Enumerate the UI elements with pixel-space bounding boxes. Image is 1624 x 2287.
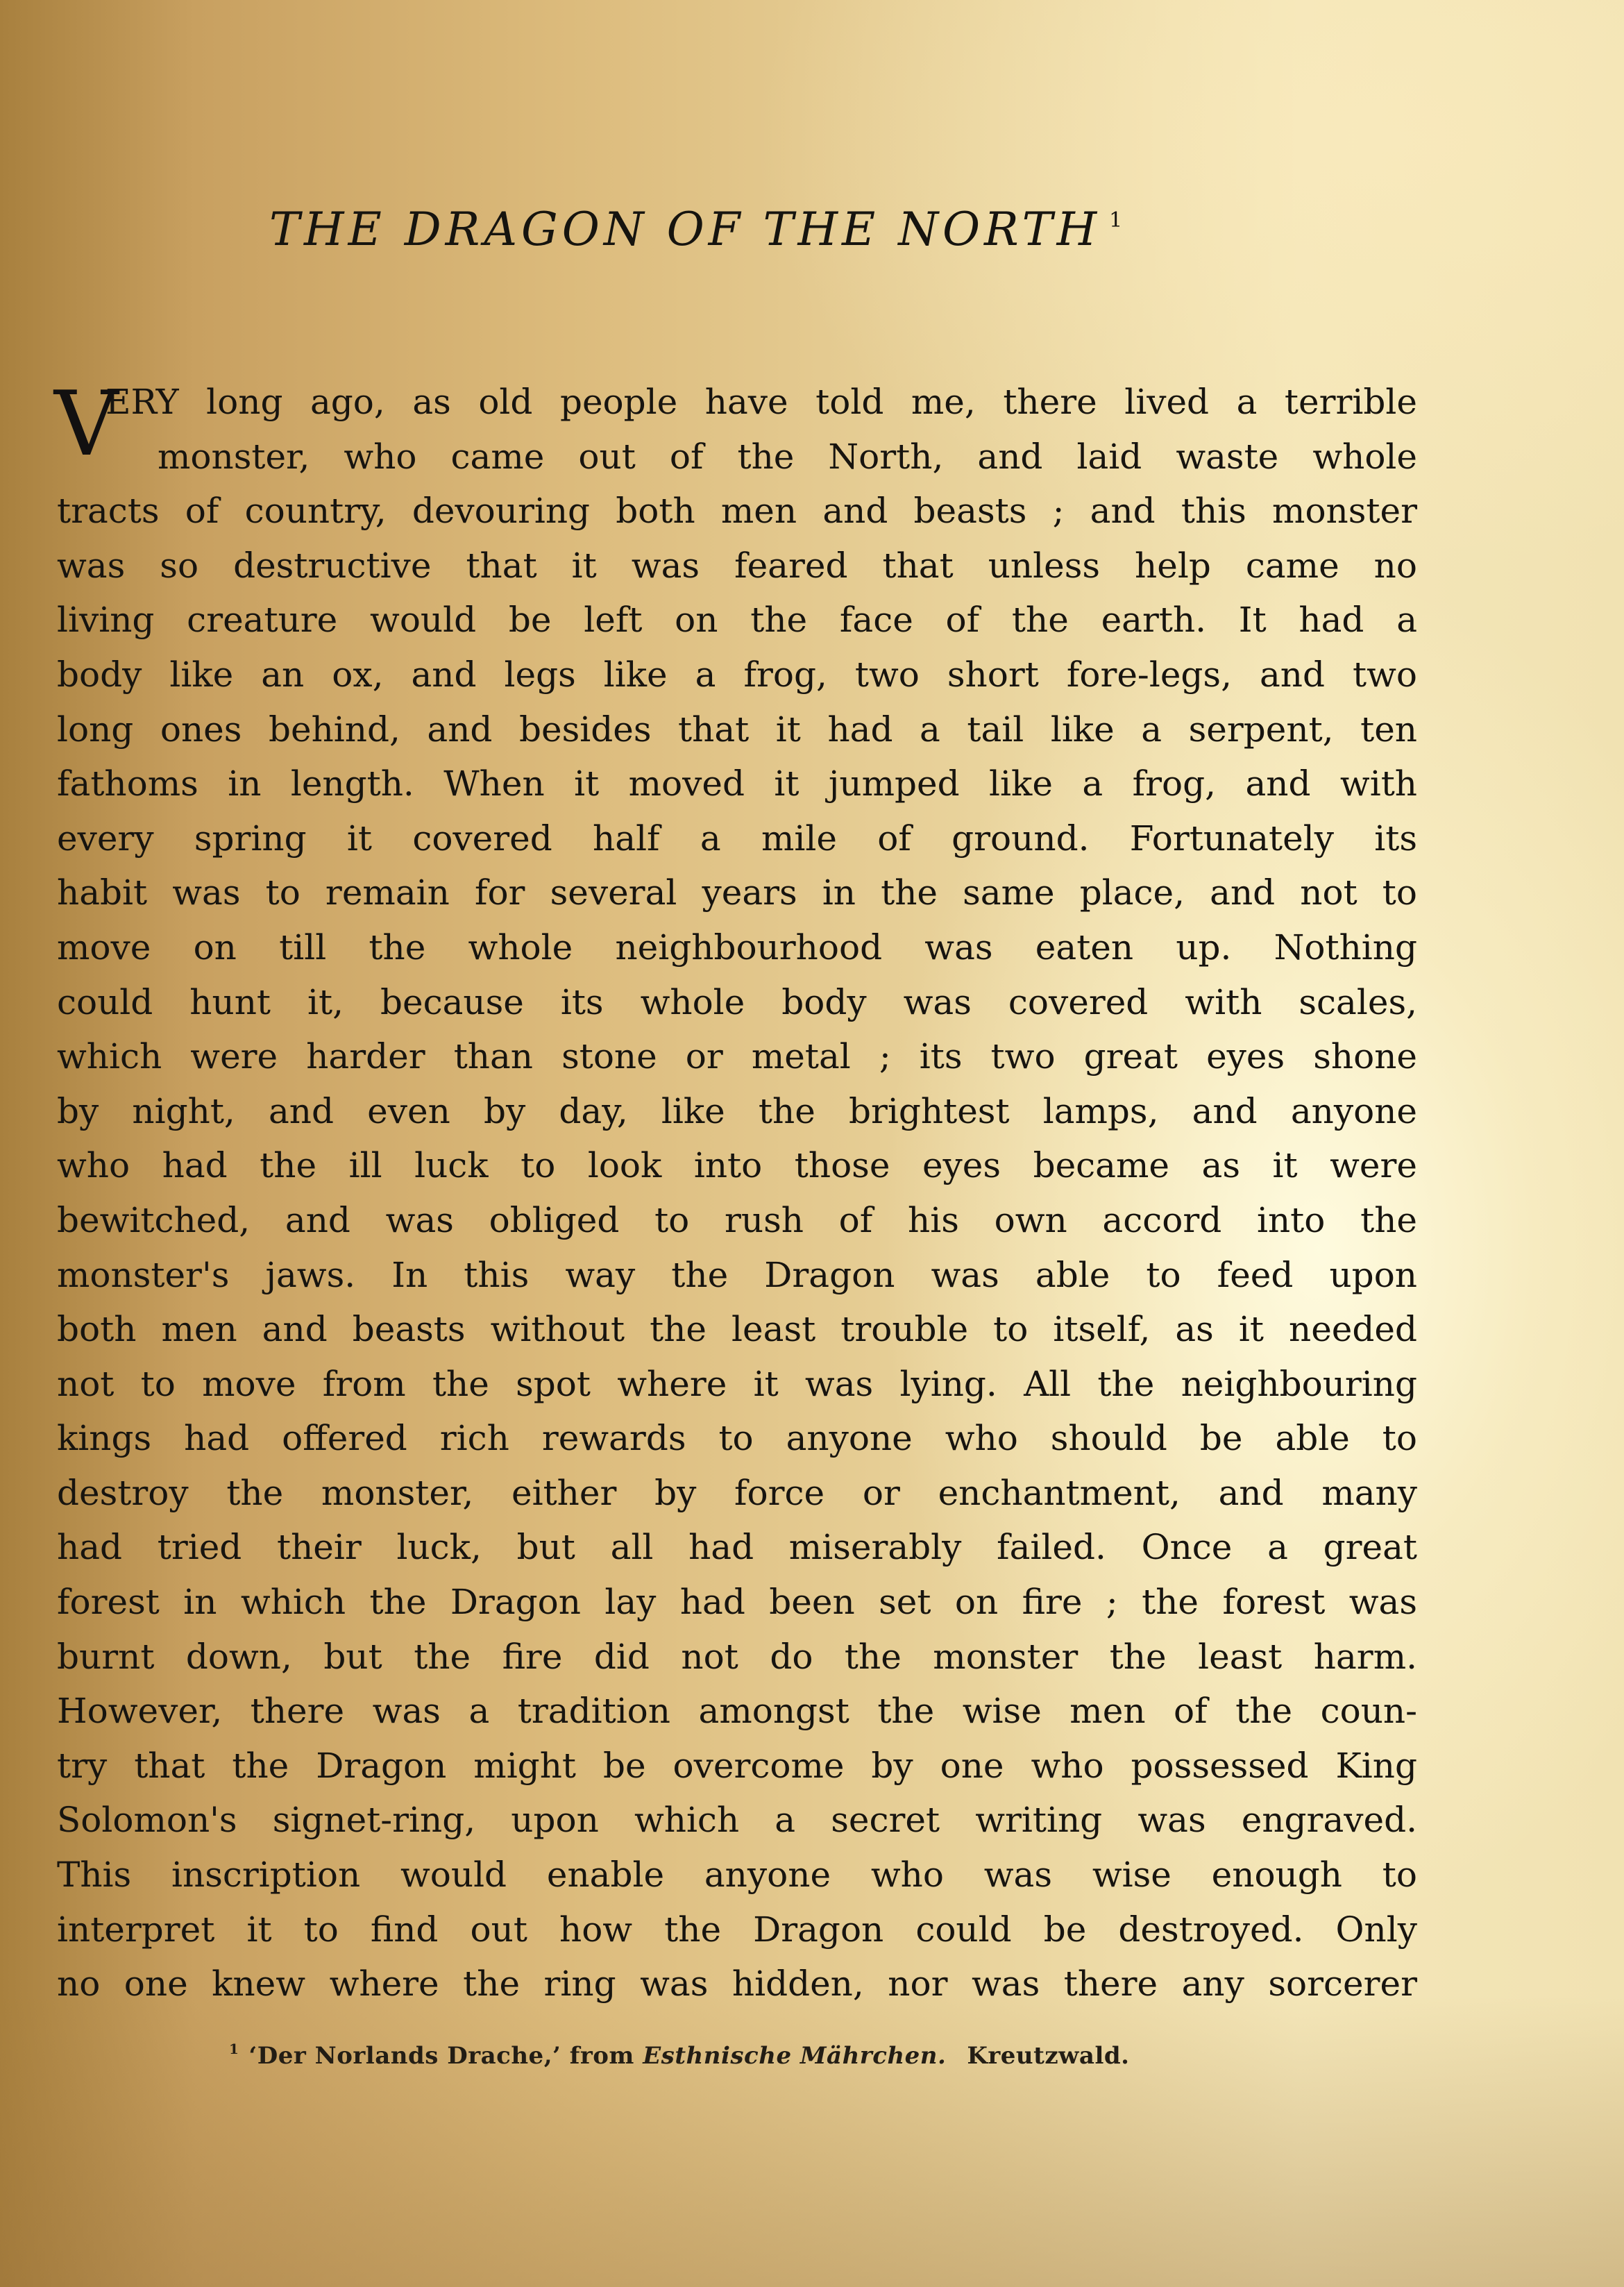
chapter-title-text: THE DRAGON OF THE NORTH	[269, 203, 1101, 256]
text-line: could hunt it, because its whole body wa…	[57, 975, 1417, 1030]
chapter-title: THE DRAGON OF THE NORTH1	[269, 203, 1241, 256]
text-line: forest in which the Dragon lay had been …	[57, 1575, 1417, 1630]
text-line: However, there was a tradition amongst t…	[57, 1684, 1417, 1739]
book-page: THE DRAGON OF THE NORTH1 VERY long ago, …	[0, 0, 1624, 2287]
text-line: move on till the whole neighbourhood was…	[57, 920, 1417, 975]
text-line: living creature would be left on the fac…	[57, 593, 1417, 648]
drop-cap: V	[54, 380, 118, 469]
text-line: try that the Dragon might be overcome by…	[57, 1739, 1417, 1794]
text-line: both men and beasts without the least tr…	[57, 1302, 1417, 1357]
text-line: interpret it to find out how the Dragon …	[57, 1902, 1417, 1957]
text-line: long ones behind, and besides that it ha…	[57, 702, 1417, 757]
text-line: was so destructive that it was feared th…	[57, 539, 1417, 593]
text-line: kings had offered rich rewards to anyone…	[57, 1411, 1417, 1466]
footnote-quoted-title: ‘Der Norlands Drache,’	[248, 2042, 561, 2070]
text-line: which were harder than stone or metal ; …	[57, 1029, 1417, 1084]
text-line: who had the ill luck to look into those …	[57, 1138, 1417, 1193]
title-footnote-marker: 1	[1109, 208, 1122, 233]
text-line: fathoms in length. When it moved it jump…	[57, 757, 1417, 811]
footnote: 1‘Der Norlands Drache,’ from Esthnische …	[229, 2041, 1129, 2070]
text-line: every spring it covered half a mile of g…	[57, 811, 1417, 866]
text-line: This inscription would enable anyone who…	[57, 1848, 1417, 1902]
text-line: bewitched, and was obliged to rush of hi…	[57, 1193, 1417, 1248]
footnote-from: from	[570, 2042, 634, 2070]
footnote-marker: 1	[229, 2041, 239, 2057]
text-line: destroy the monster, either by force or …	[57, 1466, 1417, 1521]
text-line: not to move from the spot where it was l…	[57, 1357, 1417, 1412]
text-line: body like an ox, and legs like a frog, t…	[57, 648, 1417, 702]
text-line: had tried their luck, but all had misera…	[57, 1520, 1417, 1575]
text-line: monster's jaws. In this way the Dragon w…	[57, 1248, 1417, 1303]
text-line: habit was to remain for several years in…	[57, 866, 1417, 920]
footnote-source: Esthnische Mährchen.	[643, 2042, 946, 2070]
text-line: burnt down, but the fire did not do the …	[57, 1630, 1417, 1685]
story-body: VERY long ago, as old people have told m…	[57, 375, 1417, 2011]
text-line: Solomon's signet-ring, upon which a secr…	[57, 1793, 1417, 1848]
text-line: by night, and even by day, like the brig…	[57, 1084, 1417, 1139]
text-line: tracts of country, devouring both men an…	[57, 484, 1417, 539]
footnote-author: Kreutzwald.	[967, 2042, 1129, 2070]
text-line: VERY long ago, as old people have told m…	[57, 375, 1417, 430]
text-line: no one knew where the ring was hidden, n…	[57, 1957, 1417, 2011]
text-line: monster, who came out of the North, and …	[57, 430, 1417, 484]
line-text: ERY long ago, as old people have told me…	[105, 382, 1417, 422]
